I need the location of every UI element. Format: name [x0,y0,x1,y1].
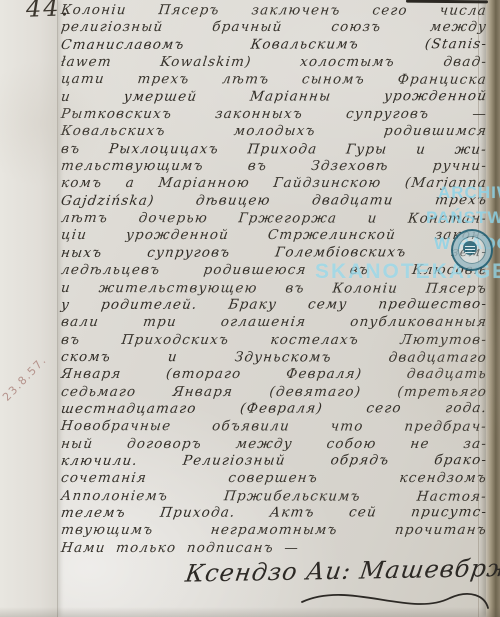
handwriting-block: Колоніи Пясеръ заключенъ сего числарелиг… [61,2,487,558]
handwriting-line: ławem Kowalskim) холостымъ двад- [60,54,488,71]
handwriting-line: въ Приходскихъ костелахъ Лютутов- [60,332,488,349]
handwriting-line: Нами только подписанъ — [60,540,488,557]
handwriting-line: Колоніи Пясеръ заключенъ сего числа [60,2,488,20]
handwriting-line: ціи урожденной Стржелинской закон- [60,227,488,244]
archive-stamp-text-line [465,246,475,247]
handwriting-line: телемъ Прихода. Актъ сей присутс- [60,504,489,522]
handwriting-line: скомъ и Здуньскомъ двадцатаго [60,349,488,367]
archive-stamp-text-line [465,249,475,250]
handwriting-line: и умершей Маріанны урожденной [60,88,489,106]
handwriting-line: Рытковскихъ законныхъ супруговъ — [60,106,488,123]
handwriting-line: лѣтъ дочерью Гржегоржа и Констан- [60,210,488,228]
book-binding-edge [486,0,500,617]
handwriting-line: въ Рыхлоцицахъ Прихода Гуры и жи- [60,141,488,159]
scanned-document-page: 44. 23.8.57. Колоніи Пясеръ заключенъ се… [0,0,500,617]
handwriting-line: седьмаго Января (девятаго) (третьяго [60,384,488,401]
handwriting-line: Апполоніемъ Пржибельскимъ Настоя- [60,488,488,506]
handwriting-line: вали три оглашенія опубликованныя [60,314,488,331]
handwriting-line: религіозный брачный союзъ между [60,19,488,36]
handwriting-line: тельствующимъ въ Здзеховѣ ручни- [60,158,488,175]
signature-flourish [300,588,490,616]
handwriting-line: цати трехъ лѣтъ сыномъ Франциска [60,71,488,89]
handwriting-line: сочетанія совершенъ ксендзомъ [60,470,488,487]
handwriting-line: Новобрачные объявили что предбрач- [60,418,488,436]
handwriting-line: ледѣльцевъ родившеюся въ Клюсовѣ [60,262,488,279]
handwriting-line: Станиславомъ Ковальскимъ (Stanis- [60,36,489,54]
handwriting-line: ный договоръ между собою не за- [60,436,488,453]
archive-stamp-icon [451,229,493,271]
handwriting-line: шестнадцатаго (Февраля) сего года. [60,400,489,418]
left-margin-strip [0,0,58,617]
handwriting-line: Января (втораго Февраля) двадцать [60,366,488,383]
handwriting-line: комъ а Маріанною Гайдзинскою (Marjanna [60,175,488,192]
handwriting-line: Gajdzińska) дѣвицею двадцати трехъ [60,192,489,210]
priest-signature: Ксендзо Аи: Машевбржъ [184,555,489,587]
handwriting-line: и жительствующею въ Колоніи Пясеръ [60,280,488,298]
handwriting-line: ключили. Религіозный обрядъ брако- [60,452,489,470]
handwriting-line: Ковальскихъ молодыхъ родившимся [60,123,488,140]
archive-stamp-text-line [465,252,475,253]
handwriting-line: твующимъ неграмотнымъ прочитанъ [60,522,488,539]
handwriting-line: у родителей. Браку сему предшество- [60,296,489,314]
handwriting-line: ныхъ супруговъ Голембіовскихъ зем- [60,244,489,262]
